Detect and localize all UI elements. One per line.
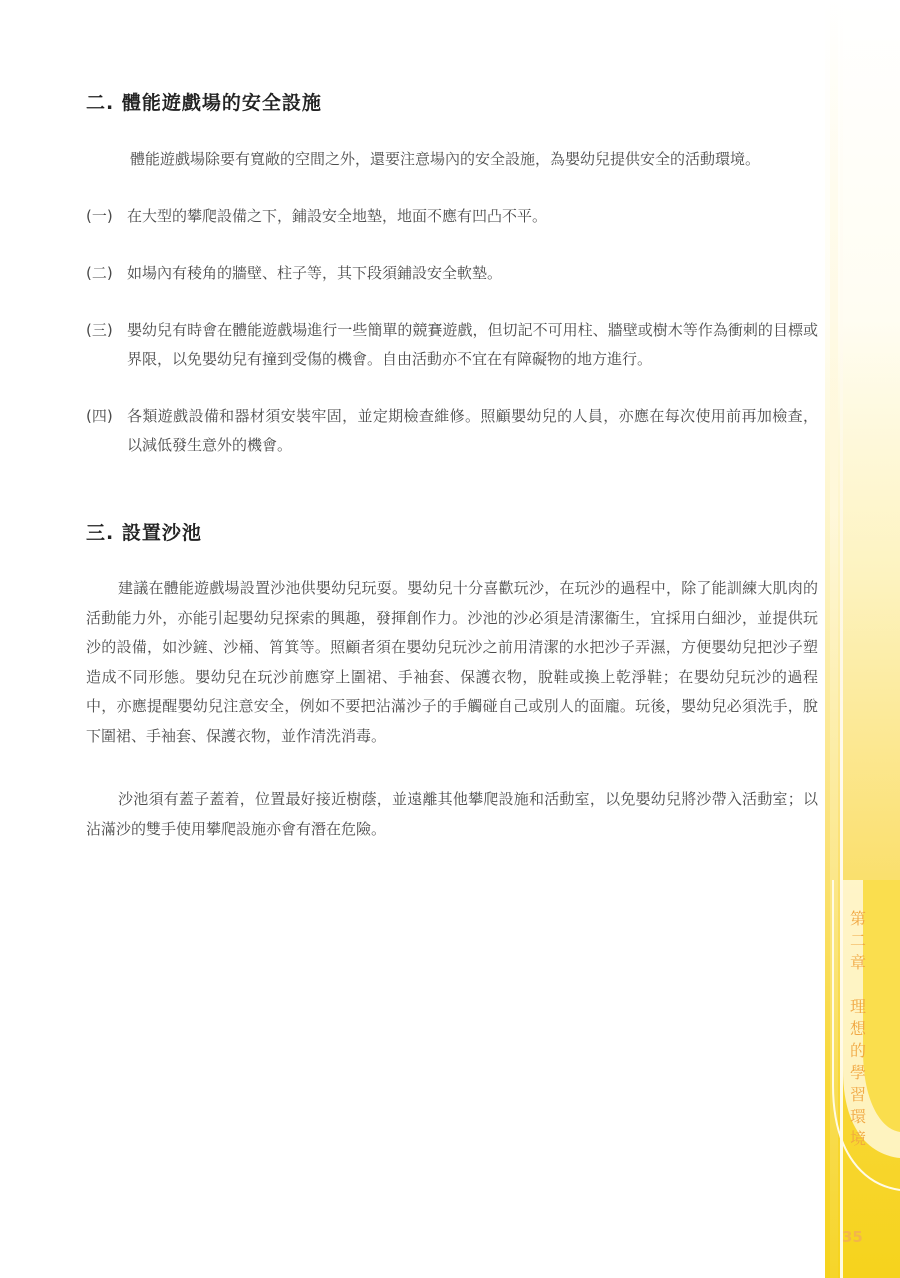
list-item: (二) 如場內有稜角的牆壁、柱子等，其下段須鋪設安全軟墊。 [86, 259, 818, 288]
list-item-number: (三) [86, 316, 113, 345]
page-number: 35 [842, 1228, 863, 1246]
paragraph: 建議在體能遊戲場設置沙池供嬰幼兒玩耍。嬰幼兒十分喜歡玩沙，在玩沙的過程中，除了能… [86, 574, 818, 751]
chapter-title: 理想的學習環境 [850, 997, 866, 1148]
list-item: (一) 在大型的攀爬設備之下，鋪設安全地墊，地面不應有凹凸不平。 [86, 202, 818, 231]
list-item: (三) 嬰幼兒有時會在體能遊戲場進行一些簡單的競賽遊戲，但切記不可用柱、牆壁或樹… [86, 316, 818, 374]
list-item-number: (四) [86, 402, 113, 431]
list-item-text: 嬰幼兒有時會在體能遊戲場進行一些簡單的競賽遊戲，但切記不可用柱、牆壁或樹木等作為… [127, 316, 818, 374]
paragraph: 沙池須有蓋子蓋着，位置最好接近樹蔭，並遠離其他攀爬設施和活動室，以免嬰幼兒將沙帶… [86, 785, 818, 844]
chapter-label: 第二章 [850, 909, 866, 972]
list-item-number: (一) [86, 202, 113, 231]
list-item-text: 各類遊戲設備和器材須安裝牢固，並定期檢查維修。照顧嬰幼兒的人員，亦應在每次使用前… [127, 402, 818, 460]
section-intro: 體能遊戲場除要有寬敞的空間之外，還要注意場內的安全設施，為嬰幼兒提供安全的活動環… [130, 145, 760, 173]
section-heading-safety-facilities: 二. 體能遊戲場的安全設施 [86, 88, 322, 115]
document-page: 第二章 理想的學習環境 35 二. 體能遊戲場的安全設施 體能遊戲場除要有寬敞的… [0, 0, 900, 1278]
list-item: (四) 各類遊戲設備和器材須安裝牢固，並定期檢查維修。照顧嬰幼兒的人員，亦應在每… [86, 402, 818, 460]
section-heading-sandpit: 三. 設置沙池 [86, 518, 202, 545]
list-item-text: 如場內有稜角的牆壁、柱子等，其下段須鋪設安全軟墊。 [127, 259, 818, 288]
list-item-number: (二) [86, 259, 113, 288]
list-item-text: 在大型的攀爬設備之下，鋪設安全地墊，地面不應有凹凸不平。 [127, 202, 818, 231]
chapter-title-vertical: 第二章 理想的學習環境 [847, 908, 869, 1150]
